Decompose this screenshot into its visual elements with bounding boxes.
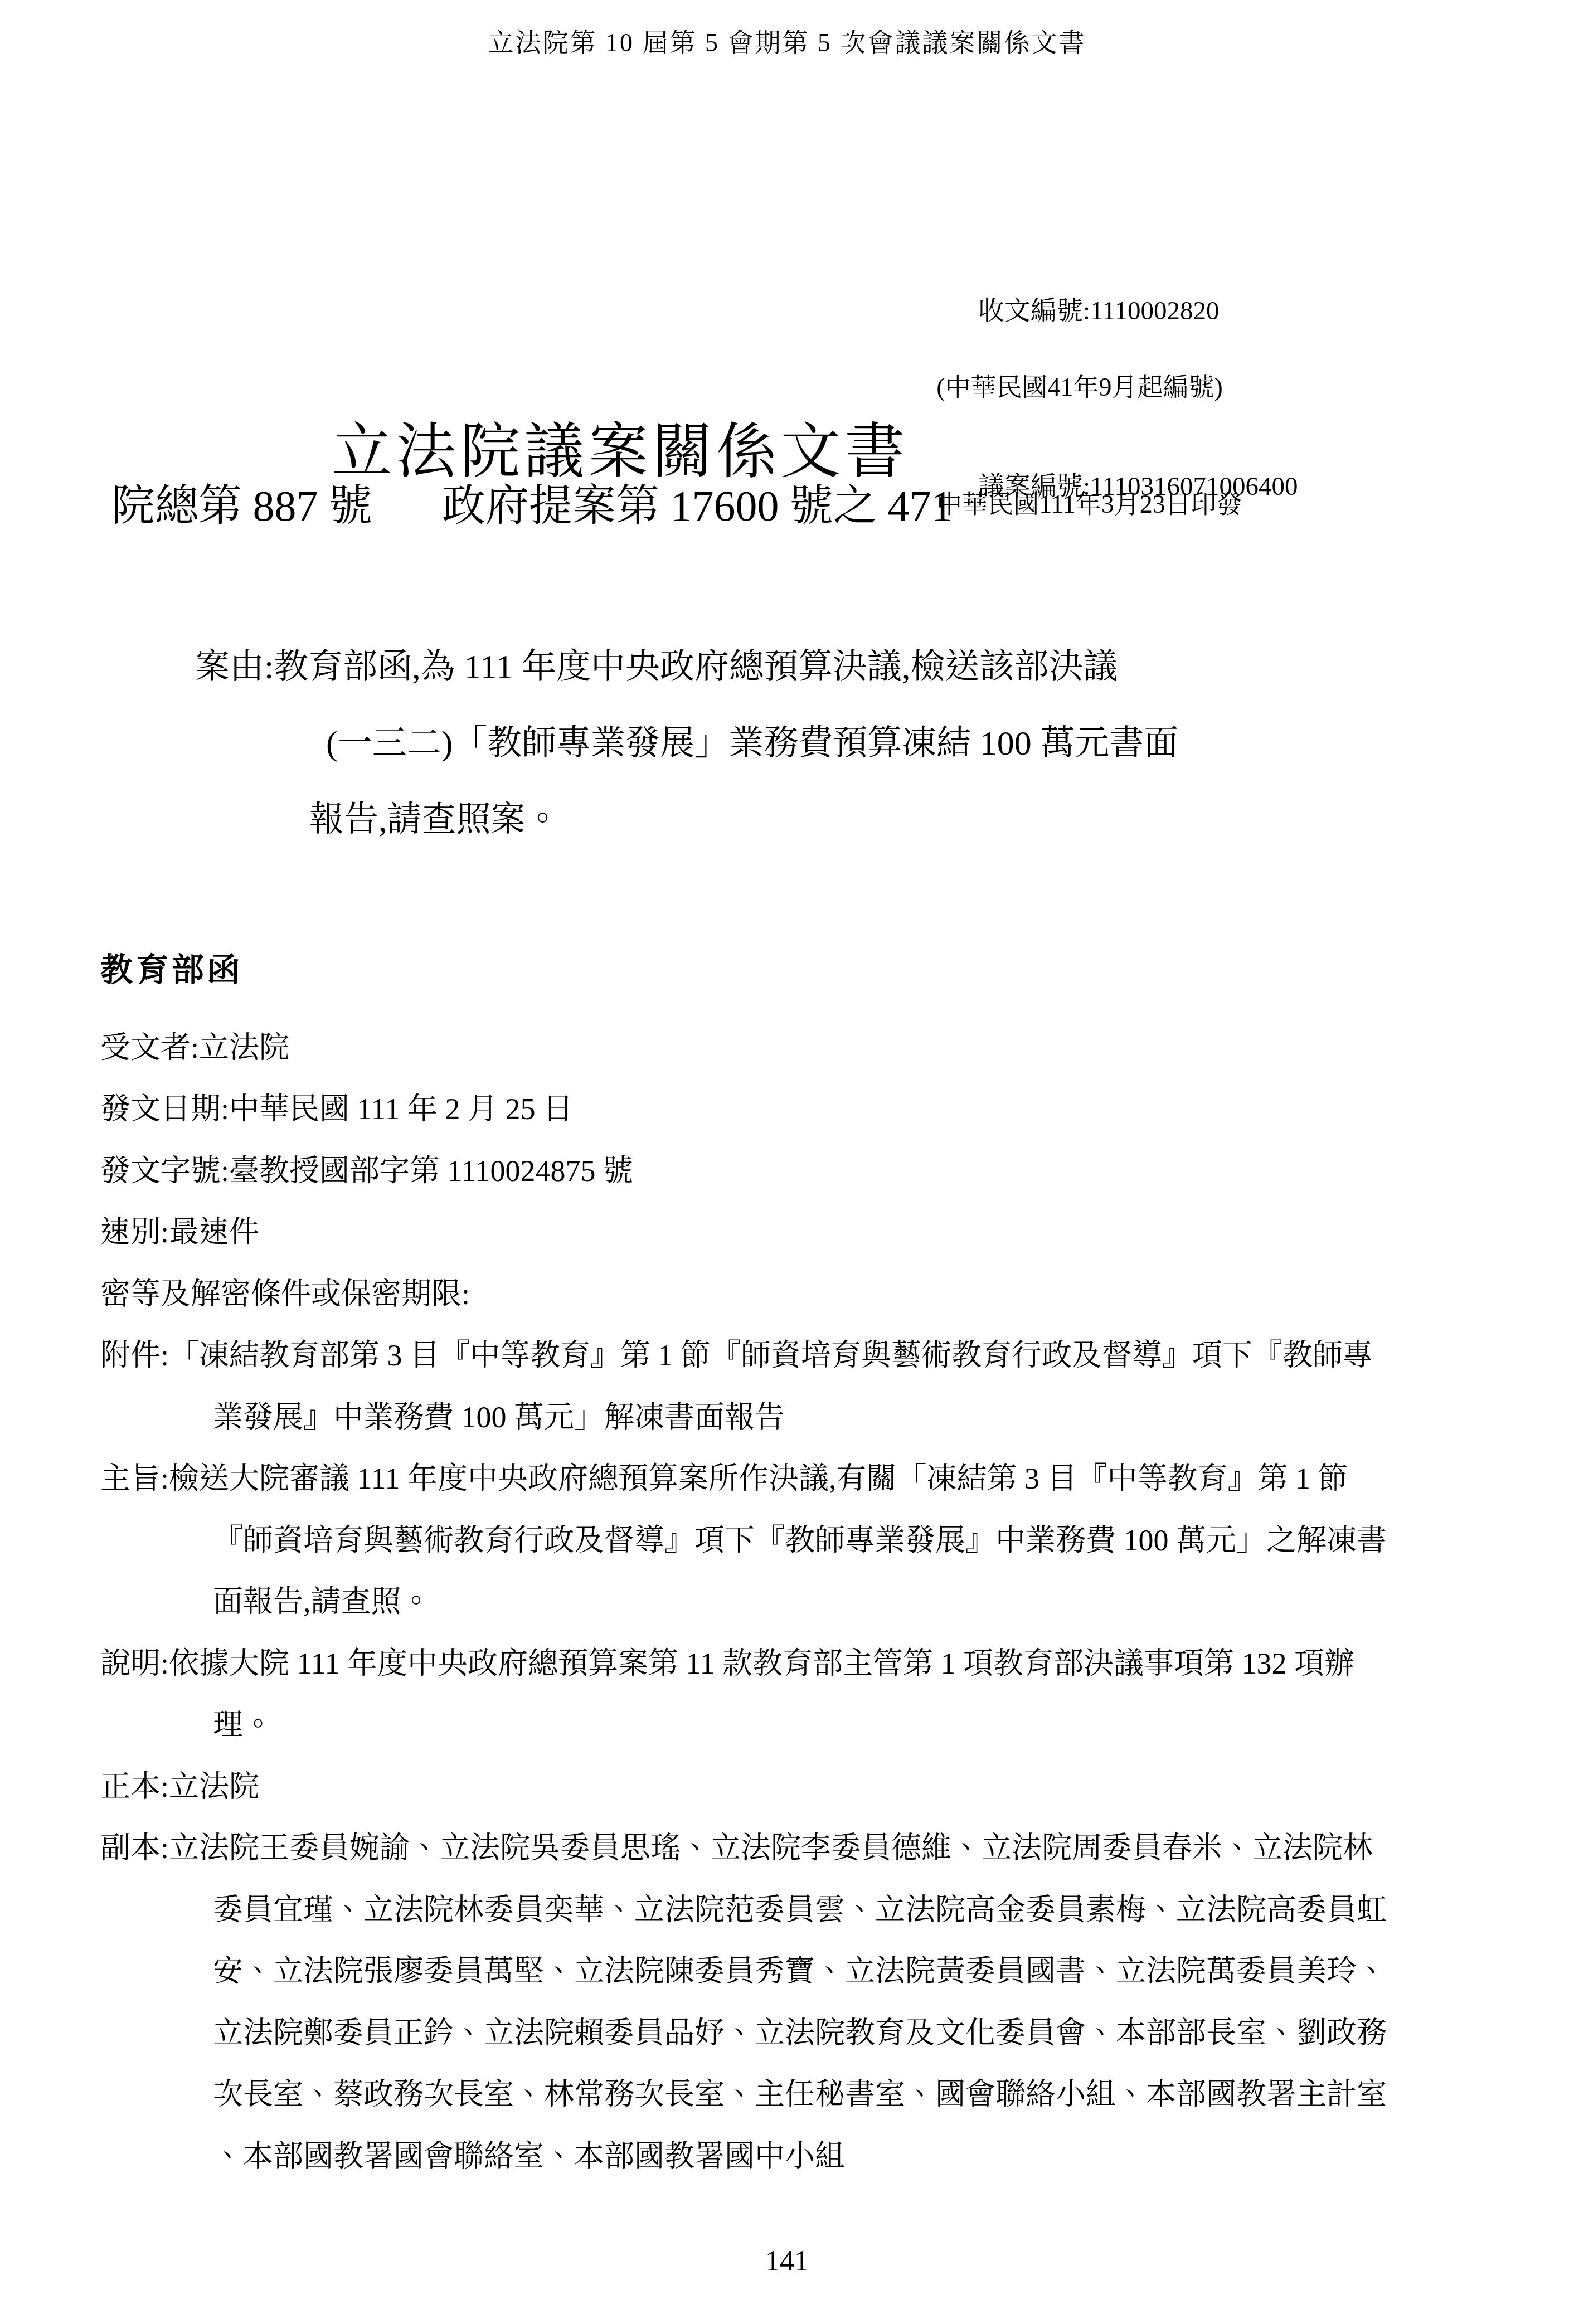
letter-line-cc: 安、立法院張廖委員萬堅、立法院陳委員秀寶、立法院黃委員國書、立法院萬委員美玲、: [0, 1938, 1574, 2000]
letter-heading: 教育部函: [100, 944, 243, 990]
masthead: 立法院議案關係文書 (中華民國41年9月起編號) 中華民國111年3月23日印發: [0, 290, 1574, 602]
session-header: 立法院第 10 屆第 5 會期第 5 次會議議案關係文書: [0, 22, 1574, 59]
subject-block: 案由:教育部函,為 111 年度中央政府總預算決議,檢送該部決議 (一三二)「教…: [0, 625, 1574, 854]
letter-line-recipient: 受文者:立法院: [0, 1014, 1574, 1076]
letter-line-purpose: 『師資培育與藝術教育行政及督導』項下『教師專業發展』中業務費 100 萬元」之解…: [0, 1507, 1574, 1569]
masthead-note-line2: 中華民國111年3月23日印發: [936, 485, 1242, 524]
letter-line-cc: 、本部國教署國會聯絡室、本部國教署國中小組: [0, 2123, 1574, 2185]
masthead-note: (中華民國41年9月起編號) 中華民國111年3月23日印發: [936, 290, 1242, 602]
letter-line-explanation: 說明:依據大院 111 年度中央政府總預算案第 11 款教育部主管第 1 項教育…: [0, 1630, 1574, 1692]
case-numbers: 院總第 887 號 政府提案第 17600 號之 471: [111, 471, 953, 533]
letter-line-cc: 次長室、蔡政務次長室、林常務次長室、主任秘書室、國會聯絡小組、本部國教署主計室: [0, 2062, 1574, 2123]
page-number: 141: [0, 2245, 1574, 2278]
letter-line-attachment: 附件:「凍結教育部第 3 目『中等教育』第 1 節『師資培育與藝術教育行政及督導…: [0, 1323, 1574, 1384]
letter-line-explanation: 理。: [0, 1692, 1574, 1754]
letter-line-cc: 立法院鄭委員正鈐、立法院賴委員品妤、立法院教育及文化委員會、本部部長室、劉政務: [0, 2000, 1574, 2062]
proposal-serial: 政府提案第 17600 號之 471: [442, 471, 953, 533]
document-page: 立法院第 10 屆第 5 會期第 5 次會議議案關係文書 收文編號:111000…: [0, 0, 1574, 2324]
subject-line: 報告,請查照案。: [0, 778, 1574, 854]
letter-line-purpose: 主旨:檢送大院審議 111 年度中央政府總預算案所作決議,有關「凍結第 3 目『…: [0, 1446, 1574, 1508]
subject-line: 案由:教育部函,為 111 年度中央政府總預算決議,檢送該部決議: [0, 625, 1574, 702]
masthead-note-line1: (中華民國41年9月起編號): [936, 368, 1242, 407]
letter-line-speed: 速別:最速件: [0, 1199, 1574, 1261]
letter-line-original: 正本:立法院: [0, 1753, 1574, 1815]
letter-line-cc: 委員宜瑾、立法院林委員奕華、立法院范委員雲、立法院高金委員素梅、立法院高委員虹: [0, 1876, 1574, 1938]
subject-line: (一三二)「教師專業發展」業務費預算凍結 100 萬元書面: [0, 702, 1574, 778]
letter-line-security: 密等及解密條件或保密期限:: [0, 1261, 1574, 1323]
letter-line-attachment: 業發展』中業務費 100 萬元」解凍書面報告: [0, 1384, 1574, 1446]
letter-line-ref-number: 發文字號:臺教授國部字第 1110024875 號: [0, 1137, 1574, 1199]
yuan-serial: 院總第 887 號: [111, 471, 372, 533]
letter-line-purpose: 面報告,請查照。: [0, 1569, 1574, 1631]
letter-line-cc: 副本:立法院王委員婉諭、立法院吳委員思瑤、立法院李委員德維、立法院周委員春米、立…: [0, 1815, 1574, 1877]
letter-line-date: 發文日期:中華民國 111 年 2 月 25 日: [0, 1076, 1574, 1138]
letter-body: 受文者:立法院 發文日期:中華民國 111 年 2 月 25 日 發文字號:臺教…: [0, 1014, 1574, 2185]
